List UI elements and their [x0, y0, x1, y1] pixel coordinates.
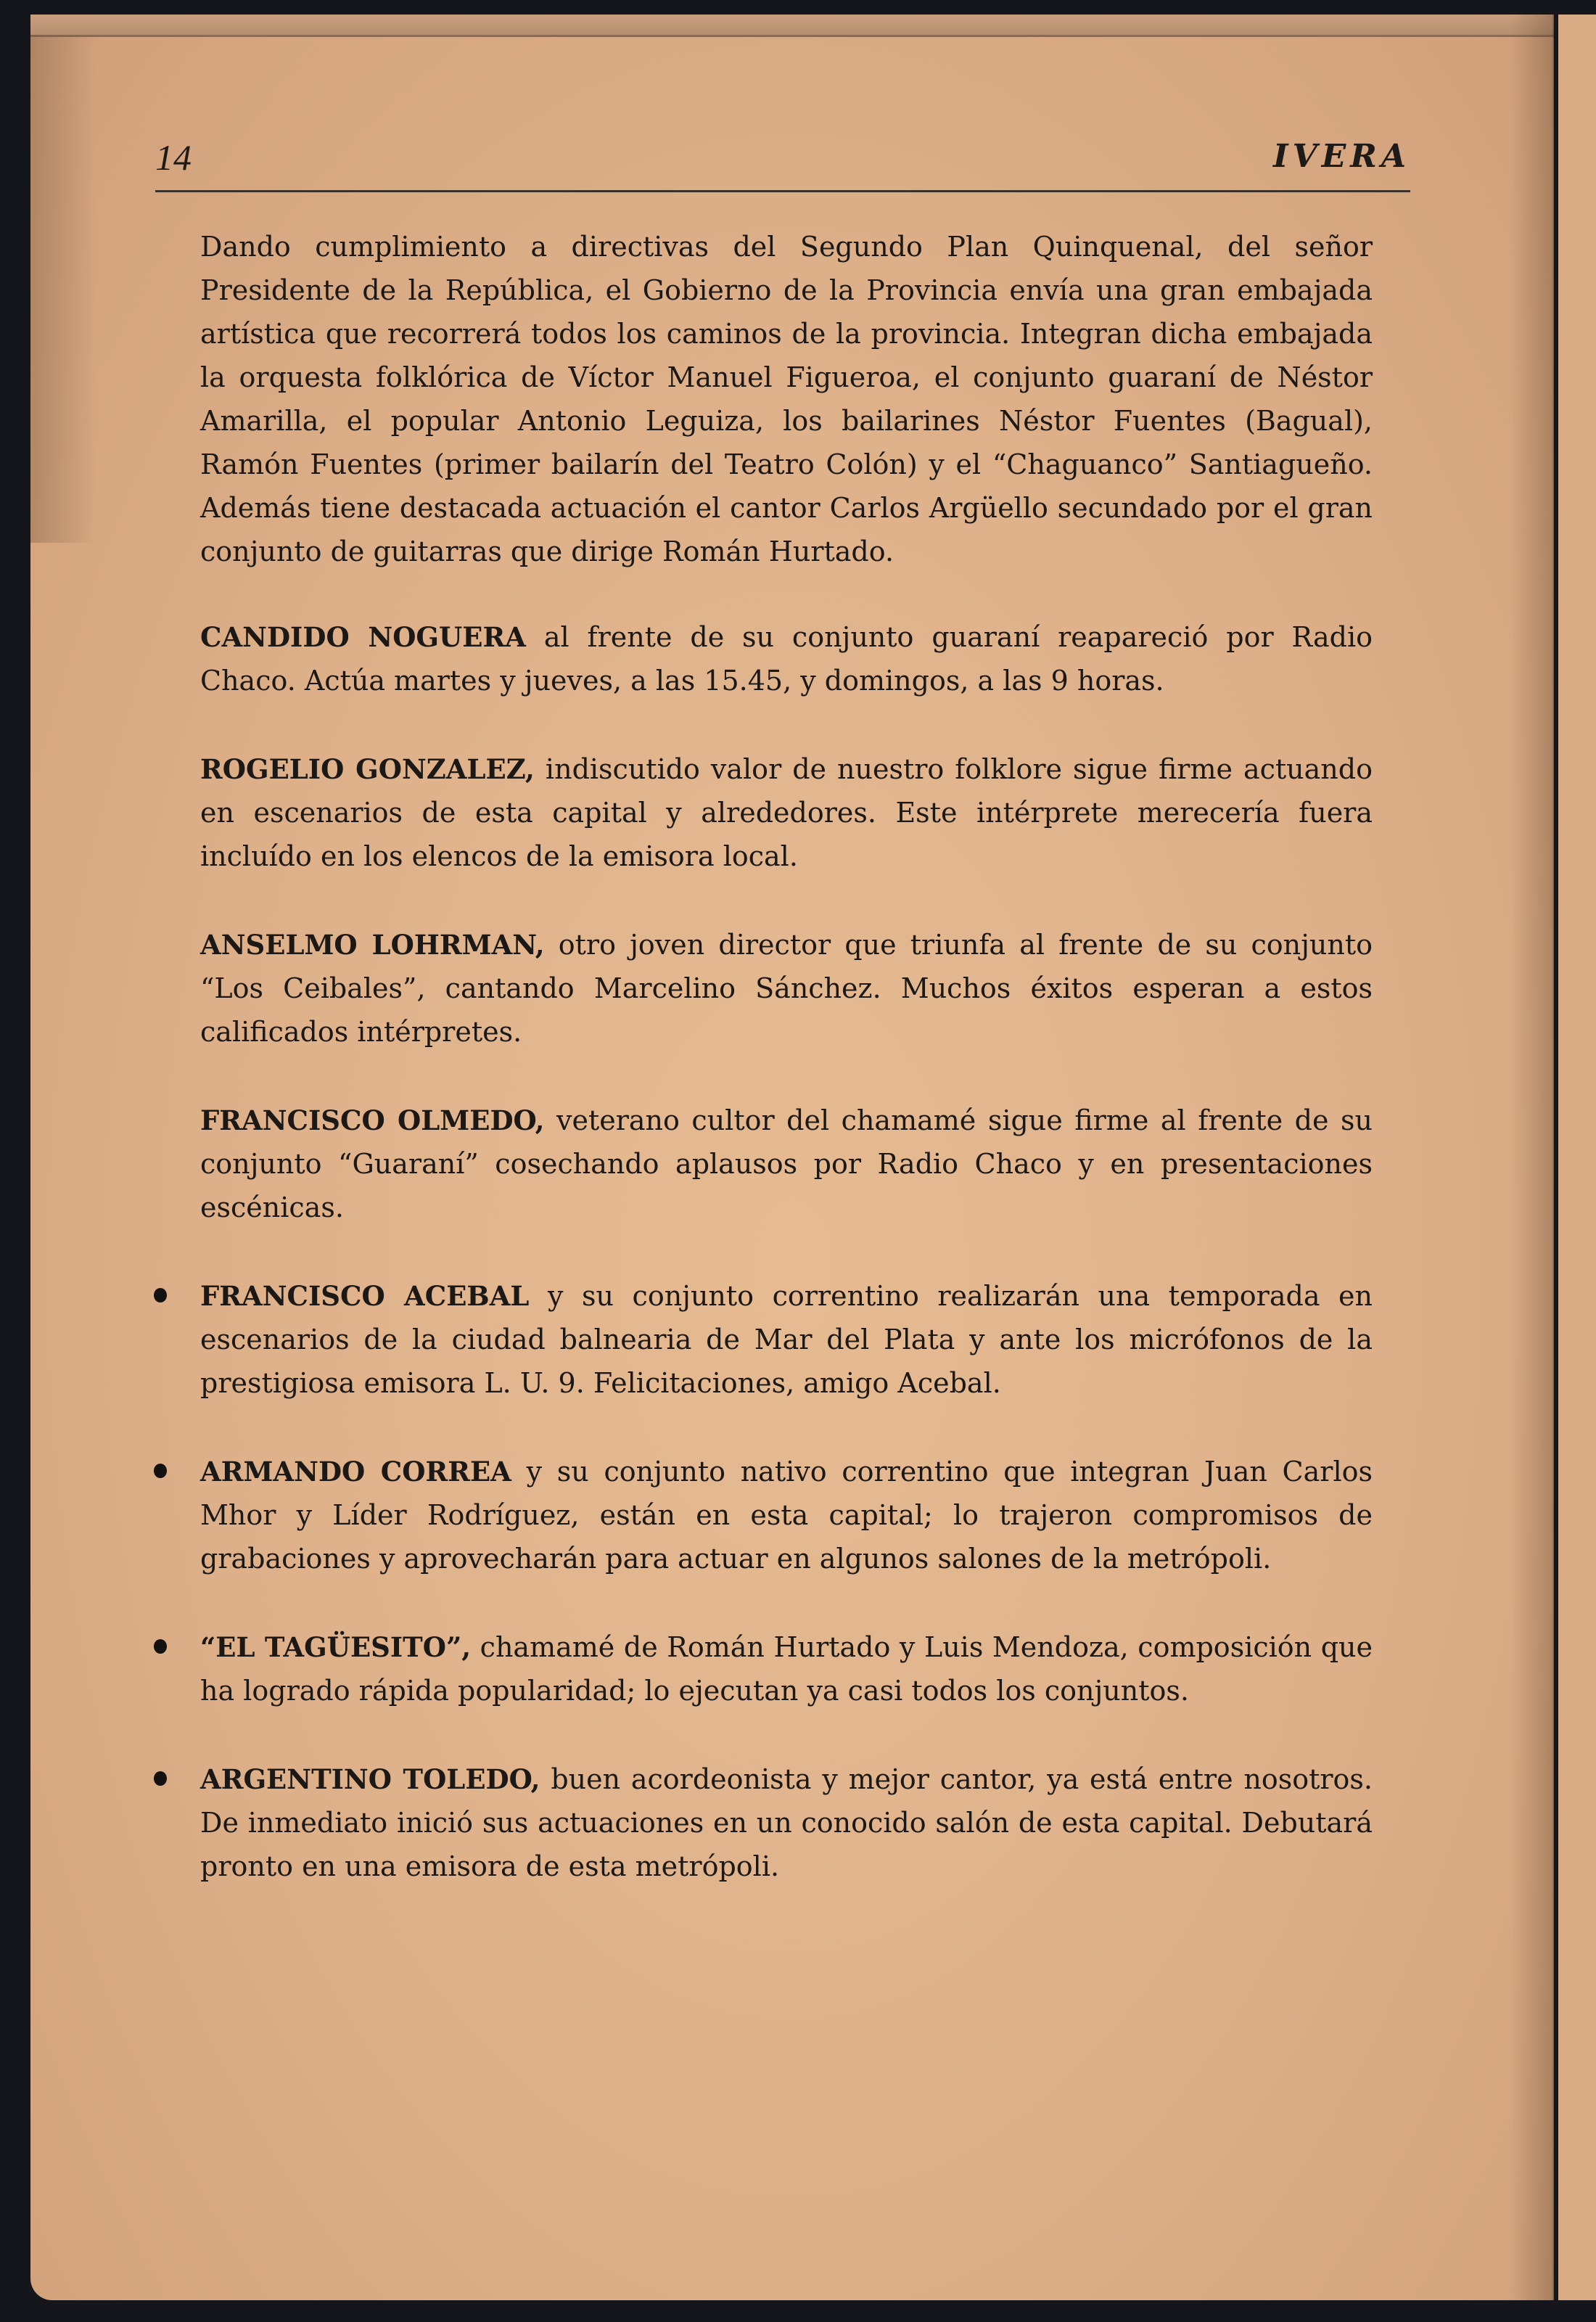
magazine-title: IVERA: [1273, 138, 1410, 175]
bullet-icon: [154, 1639, 167, 1654]
news-item: FRANCISCO OLMEDO, veterano cultor del ch…: [200, 1099, 1373, 1229]
gutter-shadow: [1510, 15, 1554, 2300]
intro-paragraph: Dando cumplimiento a directivas del Segu…: [200, 225, 1373, 573]
bullet-icon: [154, 1771, 167, 1786]
item-lead: ROGELIO GONZALEZ,: [200, 753, 535, 785]
page-number: 14: [155, 136, 192, 179]
news-item-bulleted: ARMANDO CORREA y su conjunto nativo corr…: [200, 1450, 1373, 1580]
item-lead: ARMANDO CORREA: [200, 1456, 511, 1488]
news-item: ANSELMO LOHRMAN, otro joven director que…: [200, 923, 1373, 1054]
news-item-bulleted: FRANCISCO ACEBAL y su conjunto correntin…: [200, 1274, 1373, 1405]
news-item-bulleted: ARGENTINO TOLEDO, buen acordeonista y me…: [200, 1757, 1373, 1888]
bullet-icon: [154, 1288, 167, 1302]
page-shadow: [30, 35, 96, 543]
header-rule: [155, 190, 1410, 192]
article-body: Dando cumplimiento a directivas del Segu…: [200, 225, 1373, 1933]
item-lead: CANDIDO NOGUERA: [200, 621, 526, 653]
news-item: CANDIDO NOGUERA al frente de su conjunto…: [200, 615, 1373, 702]
binding-gutter: [1552, 15, 1554, 2300]
adjacent-page-edge: [1558, 15, 1596, 2300]
item-lead: ARGENTINO TOLEDO,: [200, 1763, 540, 1795]
item-lead: FRANCISCO ACEBAL: [200, 1280, 529, 1312]
news-item-bulleted: “EL TAGÜESITO”, chamamé de Román Hurtado…: [200, 1625, 1373, 1712]
news-item: ROGELIO GONZALEZ, indiscutido valor de n…: [200, 747, 1373, 878]
bullet-icon: [154, 1464, 167, 1478]
item-lead: FRANCISCO OLMEDO,: [200, 1104, 544, 1136]
item-lead: ANSELMO LOHRMAN,: [200, 929, 545, 961]
page-top-edge: [30, 15, 1554, 37]
page-header: 14 IVERA: [155, 123, 1410, 196]
item-lead: “EL TAGÜESITO”,: [200, 1631, 471, 1663]
